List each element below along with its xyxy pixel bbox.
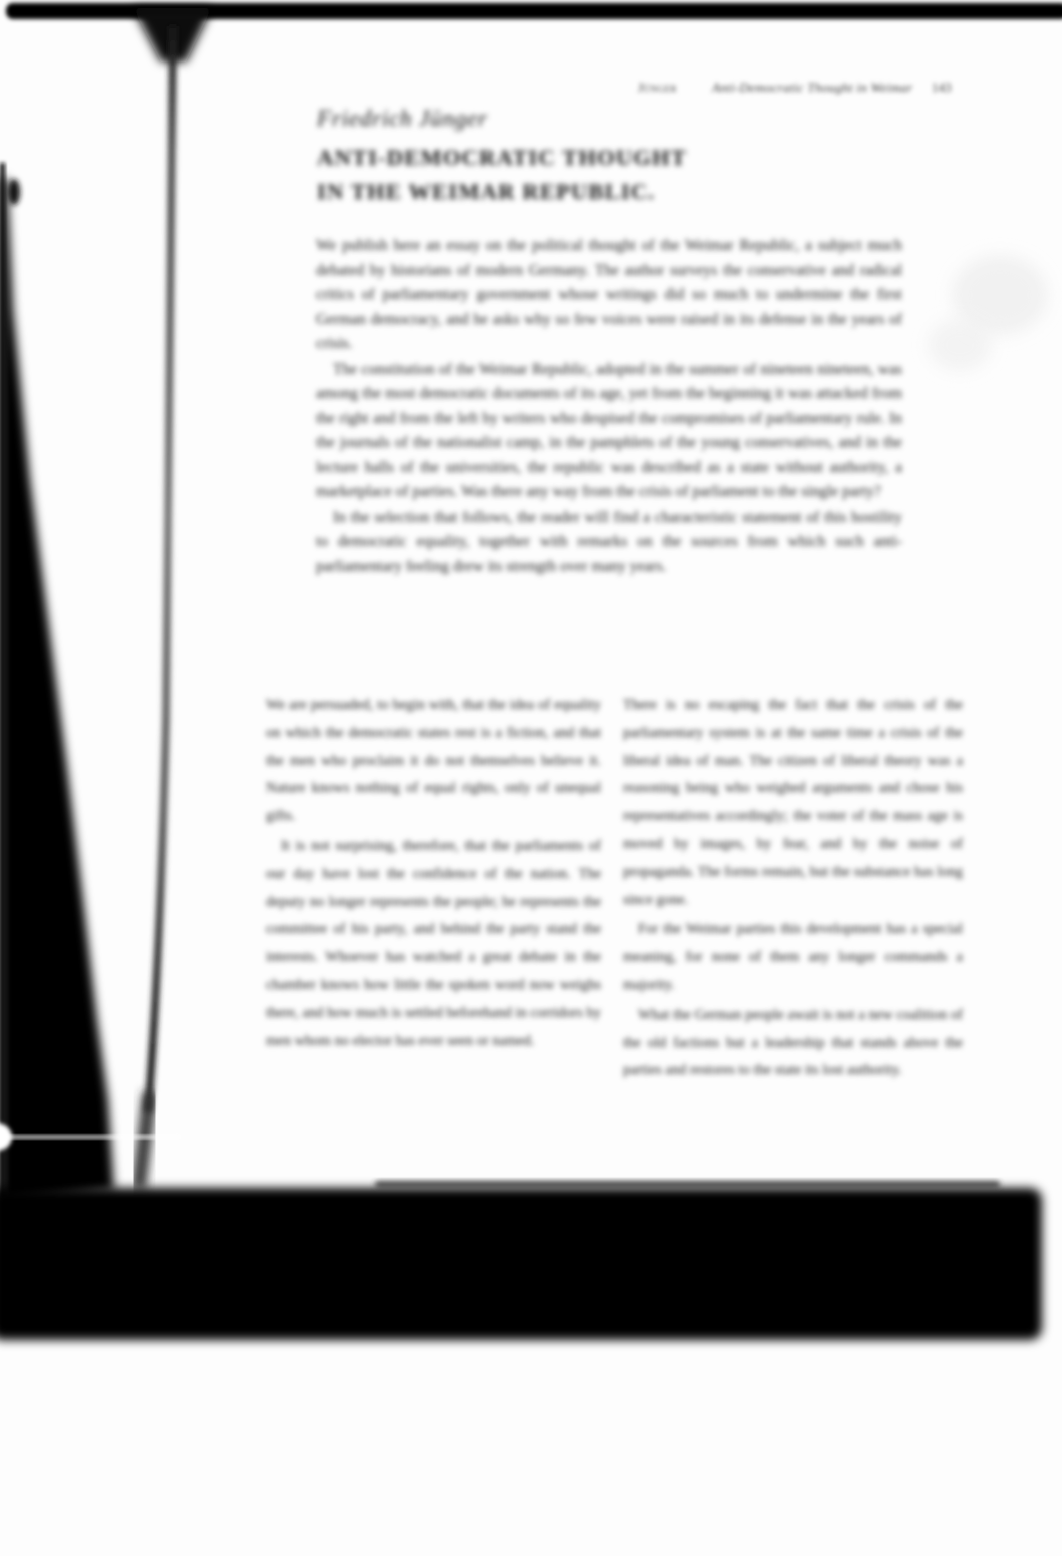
scan-bottom-bar: [0, 1188, 1042, 1340]
blurred-paragraph: In the selection that follows, the reade…: [316, 506, 902, 580]
book-spine-shadow: [148, 26, 173, 1112]
scan-smudge-2: [928, 319, 992, 371]
article-title-line1: ANTI-DEMOCRATIC THOUGHT: [317, 141, 917, 175]
scan-bottom-bar-lip: [375, 1181, 1000, 1188]
scratch-notch: [0, 1123, 12, 1151]
blurred-paragraph: We are persuaded, to begin with, that th…: [266, 692, 601, 831]
blurred-paragraph: The constitution of the Weimar Republic,…: [316, 358, 902, 505]
running-header-section: Jünger: [638, 80, 677, 96]
blurred-paragraph: We publish here an essay on the politica…: [316, 234, 902, 357]
left-edge-fleck: [8, 179, 20, 205]
scan-top-bar: [6, 3, 1062, 19]
blurred-paragraph: What the German people await is not a ne…: [623, 1002, 963, 1085]
blurred-paragraph: There is no escaping the fact that the c…: [623, 692, 963, 914]
spine-top-blob: [133, 8, 212, 62]
book-spine-shadow-bottom: [139, 1092, 150, 1188]
author-name: Friedrich Jünger: [317, 106, 917, 132]
running-header-title: Anti-Democratic Thought in Weimar: [712, 80, 912, 96]
blurred-paragraph: For the Weimar parties this development …: [623, 916, 963, 999]
scan-smudge: [952, 255, 1048, 335]
column-right: There is no escaping the fact that the c…: [623, 692, 963, 1087]
article-title-line2: IN THE WEIMAR REPUBLIC.: [317, 175, 917, 209]
left-edge-strip: [0, 163, 5, 1198]
white-scratch-line: [0, 1136, 180, 1139]
intro-block: We publish here an essay on the politica…: [316, 234, 902, 580]
scanned-book-page: Jünger Anti-Democratic Thought in Weimar…: [0, 0, 1062, 1556]
page-number: 143: [932, 80, 952, 96]
title-block: Friedrich Jünger ANTI-DEMOCRATIC THOUGHT…: [317, 106, 917, 209]
page-curl-shadow: [0, 178, 114, 1202]
running-header: Jünger Anti-Democratic Thought in Weimar…: [620, 78, 970, 100]
column-left: We are persuaded, to begin with, that th…: [266, 692, 601, 1057]
blurred-paragraph: It is not surprising, therefore, that th…: [266, 833, 601, 1055]
